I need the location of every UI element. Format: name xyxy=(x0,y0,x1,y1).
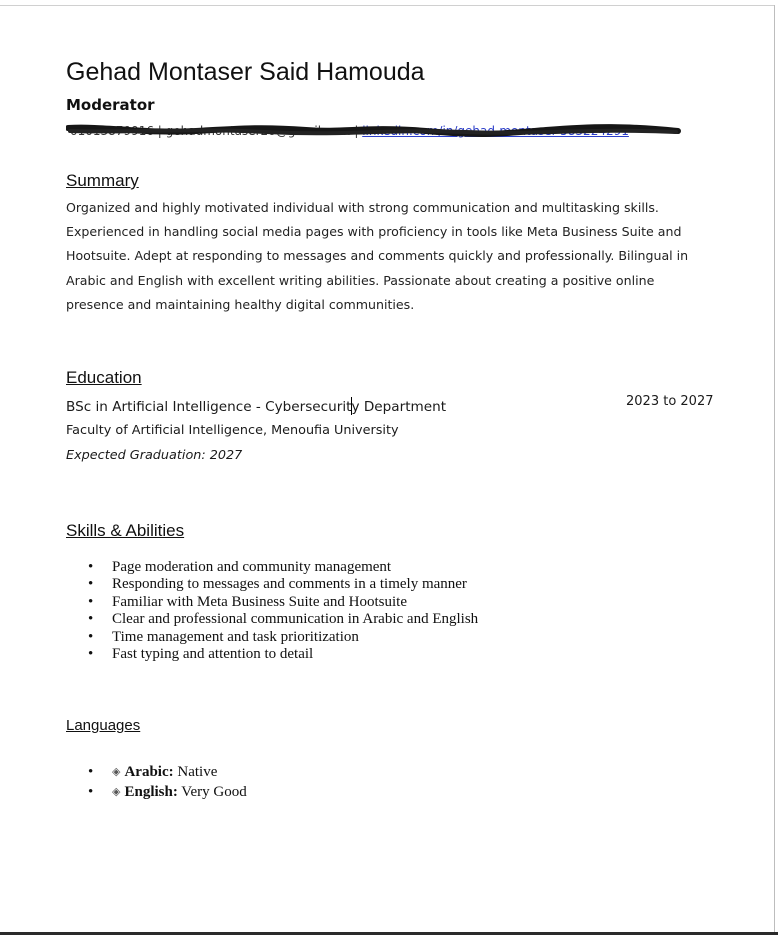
skill-text: Clear and professional communication in … xyxy=(112,611,478,627)
skill-item: •Clear and professional communication in… xyxy=(66,611,478,628)
linkedin-link[interactable]: linkedin.com/in/gehad-montaser-583224291 xyxy=(362,124,629,138)
email-address[interactable]: gehadmontaser20@gmail.com xyxy=(166,124,351,138)
skill-text: Time management and task prioritization xyxy=(112,629,359,645)
diamond-icon: ◈ xyxy=(112,766,120,778)
contact-separator: | xyxy=(154,124,166,138)
bullet-icon: • xyxy=(88,646,93,663)
skill-text: Responding to messages and comments in a… xyxy=(112,576,467,592)
skill-item: •Time management and task prioritization xyxy=(66,629,478,646)
language-name: English: xyxy=(124,784,177,800)
language-name: Arabic: xyxy=(124,764,173,780)
skill-text: Page moderation and community management xyxy=(112,559,391,575)
summary-heading: Summary xyxy=(66,171,139,191)
languages-heading: Languages xyxy=(66,717,140,734)
skill-text: Fast typing and attention to detail xyxy=(112,646,313,662)
bullet-icon: • xyxy=(88,782,93,802)
skills-heading: Skills & Abilities xyxy=(66,521,184,541)
language-level: Native xyxy=(174,764,218,780)
bullet-icon: • xyxy=(88,611,93,628)
language-item: •◈English: Very Good xyxy=(66,782,247,802)
bullet-icon: • xyxy=(88,762,93,782)
language-level: Very Good xyxy=(178,784,247,800)
phone-number: 01013879916 xyxy=(70,124,154,138)
candidate-name: Gehad Montaser Said Hamouda xyxy=(66,58,425,87)
education-dates: 2023 to 2027 xyxy=(626,394,713,409)
bullet-icon: • xyxy=(88,594,93,611)
bullet-icon: • xyxy=(88,629,93,646)
page-right-edge xyxy=(774,5,775,932)
language-item: •◈Arabic: Native xyxy=(66,762,247,782)
education-school: Faculty of Artificial Intelligence, Meno… xyxy=(66,423,399,438)
skill-text: Familiar with Meta Business Suite and Ho… xyxy=(112,594,407,610)
summary-text: Organized and highly motivated individua… xyxy=(66,196,696,317)
diamond-icon: ◈ xyxy=(112,786,120,798)
bullet-icon: • xyxy=(88,559,93,576)
contact-separator: | xyxy=(351,124,363,138)
education-degree: BSc in Artificial Intelligence - Cyberse… xyxy=(66,397,446,415)
skill-item: •Fast typing and attention to detail xyxy=(66,646,478,663)
education-graduation: Expected Graduation: 2027 xyxy=(66,448,242,463)
bullet-icon: • xyxy=(88,576,93,593)
education-heading: Education xyxy=(66,368,142,388)
skill-item: •Page moderation and community managemen… xyxy=(66,559,478,576)
skill-item: •Responding to messages and comments in … xyxy=(66,576,478,593)
skills-list: •Page moderation and community managemen… xyxy=(66,559,478,663)
candidate-role: Moderator xyxy=(66,96,155,114)
skill-item: •Familiar with Meta Business Suite and H… xyxy=(66,594,478,611)
contact-line: 01013879916 | gehadmontaser20@gmail.com … xyxy=(70,124,629,138)
languages-list: •◈Arabic: Native•◈English: Very Good xyxy=(66,762,247,802)
page-top-edge xyxy=(0,5,775,6)
